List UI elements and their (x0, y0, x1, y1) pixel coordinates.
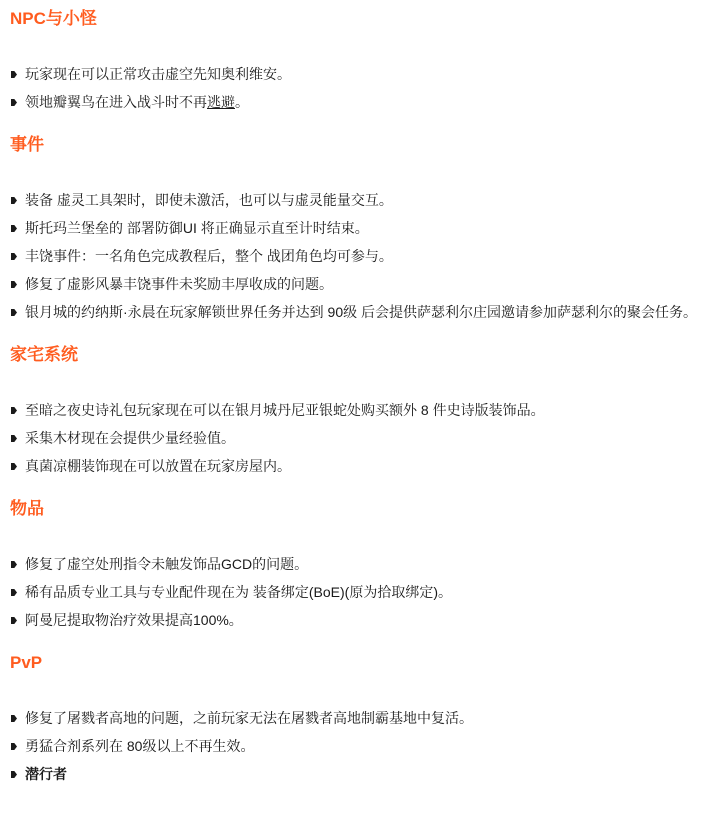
list-item: 修复了虚影风暴丰饶事件未奖励丰厚收成的问题。 (10, 272, 706, 296)
list-item: 稀有品质专业工具与专业配件现在为 装备绑定(BoE)(原为拾取绑定)。 (10, 580, 706, 604)
list-item: 丰饶事件：一名角色完成教程后，整个 战团角色均可参与。 (10, 244, 706, 268)
list-item: 斯托玛兰堡垒的 部署防御UI 将正确显示直至计时结束。 (10, 216, 706, 240)
evade-link[interactable]: 逃避 (207, 94, 235, 110)
section-heading-housing: 家宅系统 (10, 344, 706, 366)
list-item: 采集木材现在会提供少量经验值。 (10, 426, 706, 450)
section-list-items: 修复了虚空处刑指令未触发饰品GCD的问题。 稀有品质专业工具与专业配件现在为 装… (10, 552, 706, 632)
list-item: 勇猛合剂系列在 80级以上不再生效。 (10, 734, 706, 758)
list-item-text: 领地瓣翼鸟在进入战斗时不再 (25, 94, 207, 110)
section-heading-npc-and-creatures: NPC与小怪 (10, 8, 706, 30)
list-item: 修复了虚空处刑指令未触发饰品GCD的问题。 (10, 552, 706, 576)
section-list-events: 装备 虚灵工具架时，即使未激活，也可以与虚灵能量交互。 斯托玛兰堡垒的 部署防御… (10, 188, 706, 324)
list-item: 装备 虚灵工具架时，即使未激活，也可以与虚灵能量交互。 (10, 188, 706, 212)
list-item-rogue-subheading: 潜行者 (10, 762, 706, 786)
section-heading-items: 物品 (10, 498, 706, 520)
section-list-npc-and-creatures: 玩家现在可以正常攻击虚空先知奥利维安。 领地瓣翼鸟在进入战斗时不再逃避。 (10, 62, 706, 114)
section-heading-events: 事件 (10, 134, 706, 156)
list-item: 修复了屠戮者高地的问题，之前玩家无法在屠戮者高地制霸基地中复活。 (10, 706, 706, 730)
section-list-pvp: 修复了屠戮者高地的问题，之前玩家无法在屠戮者高地制霸基地中复活。 勇猛合剂系列在… (10, 706, 706, 786)
list-item: 至暗之夜史诗礼包玩家现在可以在银月城丹尼亚银蛇处购买额外 8 件史诗版装饰品。 (10, 398, 706, 422)
list-item: 阿曼尼提取物治疗效果提高100%。 (10, 608, 706, 632)
list-item: 真菌凉棚装饰现在可以放置在玩家房屋内。 (10, 454, 706, 478)
section-list-housing: 至暗之夜史诗礼包玩家现在可以在银月城丹尼亚银蛇处购买额外 8 件史诗版装饰品。 … (10, 398, 706, 478)
list-item: 银月城的约纳斯·永晨在玩家解锁世界任务并达到 90级 后会提供萨瑟利尔庄园邀请参… (10, 300, 706, 324)
list-item: 领地瓣翼鸟在进入战斗时不再逃避。 (10, 90, 706, 114)
list-item-text: 。 (235, 94, 249, 110)
patch-notes-content: NPC与小怪 玩家现在可以正常攻击虚空先知奥利维安。 领地瓣翼鸟在进入战斗时不再… (0, 0, 722, 786)
section-heading-pvp: PvP (10, 652, 706, 674)
list-item: 玩家现在可以正常攻击虚空先知奥利维安。 (10, 62, 706, 86)
